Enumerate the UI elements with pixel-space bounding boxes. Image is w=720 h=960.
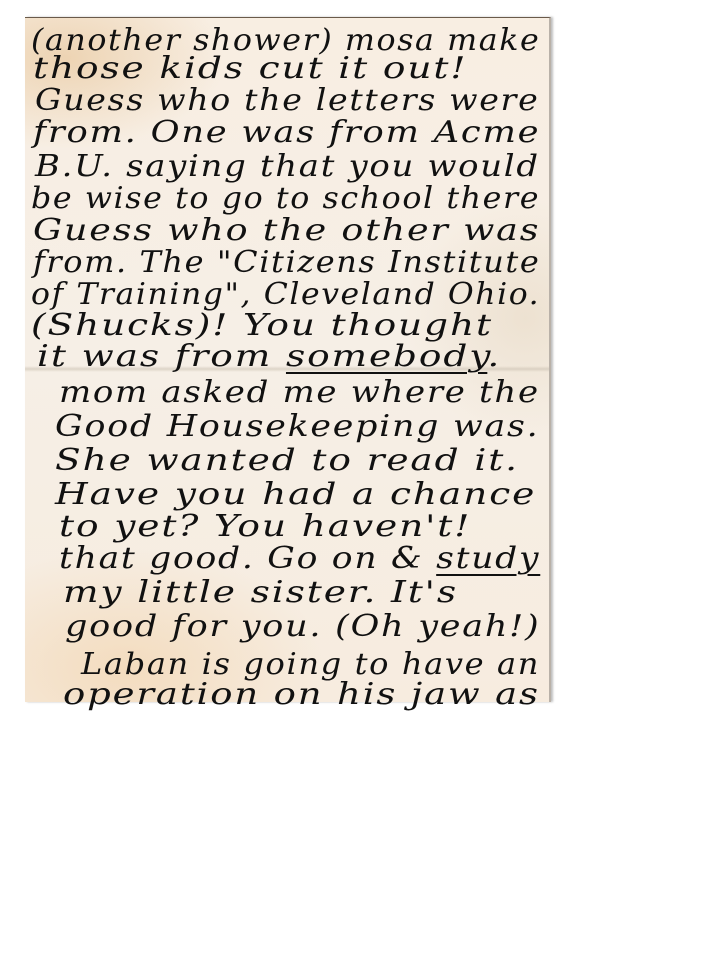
letter-line-11: it was from somebody. [37,342,501,372]
letter-line-16: to yet? You haven't! [59,512,471,542]
letter-line-17-text: that good. Go on & [59,541,436,576]
underlined-word-somebody: somebody [286,339,487,374]
letter-line-8: from. The "Citizens Institute [33,248,540,278]
letter-line-20: Laban is going to have an [81,650,540,680]
letter-line-6: be wise to go to school there [31,184,540,214]
letter-line-7: Guess who the other was [33,216,540,246]
period: . [487,339,501,374]
letter-line-12: mom asked me where the [59,378,540,408]
letter-line-21: operation on his jaw as [63,680,540,710]
letter-line-11-text: it was from [37,339,286,374]
letter-line-18: my little sister. It's [63,578,458,608]
letter-line-13: Good Housekeeping was. [55,412,539,442]
letter-line-3: Guess who the letters were [35,86,539,116]
letter-line-15: Have you had a chance [55,480,536,510]
letter-line-5: B.U. saying that you would [35,152,540,182]
letter-line-10: (Shucks)! You thought [31,311,493,341]
letter-line-4: from. One was from Acme [33,118,540,148]
letter-line-2: those kids cut it out! [33,54,467,84]
letter-page: (another shower) mosa make those kids cu… [25,17,551,702]
letter-line-9: of Training", Cleveland Ohio. [31,280,540,310]
letter-line-19: good for you. (Oh yeah!) [65,612,540,642]
underlined-word-study: study [436,541,540,576]
letter-line-17: that good. Go on & study [59,544,540,574]
letter-line-14: She wanted to read it. [55,446,519,476]
